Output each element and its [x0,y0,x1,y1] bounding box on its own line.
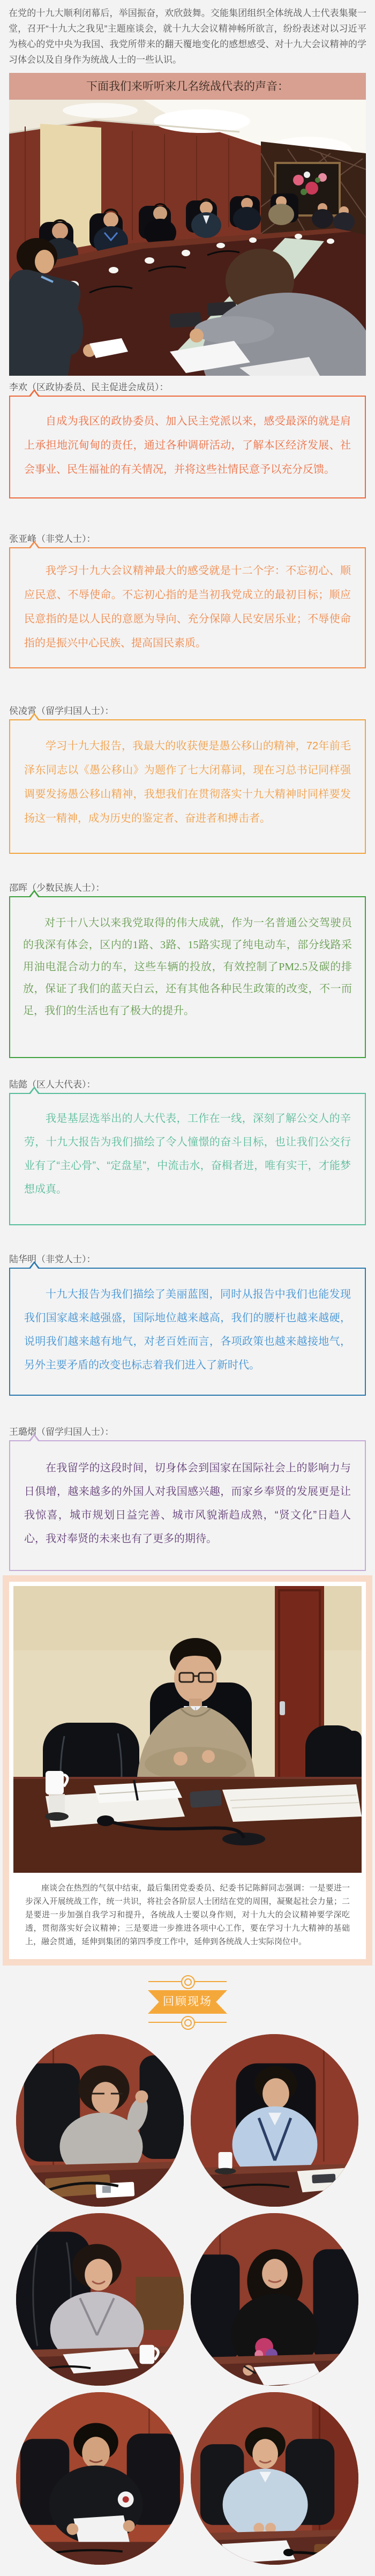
quote-box: 在我留学的这段时间，切身体会到国家在国际社会上的影响力与日俱增，越来越多的外国人… [9,1440,366,1571]
speaker-label: 侯凌霄（留学归国人士）： [9,705,366,718]
gallery-photo-4 [191,2213,358,2386]
speaker-label: 张亚峰（非党人士）： [9,533,366,546]
quote-text: 对于十八大以来我党取得的伟大成就，作为一名普通公交驾驶员的我深有体会，区内的1路… [23,912,352,1022]
intro-paragraph: 在党的十九大顺利闭幕后，举国振奋，欢欣鼓舞。交能集团组织全体统战人士代表集聚一堂… [0,0,375,68]
section-banner: 下面我们来听听来几名统战代表的声音： [9,73,366,100]
gallery-photo-6 [191,2392,358,2565]
quote-text: 我是基层选举出的人大代表，工作在一线，深刻了解公交人的辛劳，十九大报告为我们描绘… [24,1107,351,1201]
gallery-photo-1 [16,2034,184,2207]
meeting-room-photo [9,100,366,376]
quote-text: 学习十九大报告，我最大的收获便是愚公移山的精神，72年前毛泽东同志以《愚公移山》… [24,734,351,831]
gallery-photo-2 [191,2034,358,2207]
review-badge: 回顾现场 [0,1975,375,2029]
quote-box: 我学习十九大会议精神最大的感受就是十二个字：不忘初心、顺应民意、不辱使命。不忘初… [9,547,366,668]
ornament-bottom [148,2016,227,2029]
meeting-room-illustration [9,100,366,376]
speaker-section-houlingxiao: 侯凌霄（留学归国人士）： 学习十九大报告，我最大的收获便是愚公移山的精神，72年… [9,705,366,854]
speaker-label: 邵晖（少数民族人士）： [9,882,366,895]
speaker-section-shaohui: 邵晖（少数民族人士）： 对于十八大以来我党取得的伟大成就，作为一名普通公交驾驶员… [9,882,366,1058]
ribbon-banner: 回顾现场 [148,1990,227,2014]
portrait-illustration [13,1586,362,1873]
quote-text: 在我留学的这段时间，切身体会到国家在国际社会上的影响力与日俱增，越来越多的外国人… [24,1456,351,1551]
photo-gallery [0,2029,375,2576]
quote-text: 自成为我区的政协委员、加入民主党派以来，感受最深的就是肩上承担地沉甸甸的责任，通… [24,410,351,482]
speaker-section-lihuan: 李欢（区政协委员、民主促进会成员）： 自成为我区的政协委员、加入民主党派以来，感… [9,381,366,498]
closing-frame: 座谈会在热烈的气氛中结束，最后集团党委委员、纪委书记陈鲜同志强调：一是要进一步深… [3,1575,372,1965]
article-page: 在党的十九大顺利闭幕后，举国振奋，欢欣鼓舞。交能集团组织全体统战人士代表集聚一堂… [0,0,375,2576]
speaker-label: 陆华明（非党人士）： [9,1253,366,1266]
speaker-portrait-photo [13,1586,362,1873]
speaker-label: 王璐熠（留学归国人士）： [9,1426,366,1439]
quote-box: 我是基层选举出的人大代表，工作在一线，深刻了解公交人的辛劳，十九大报告为我们描绘… [9,1093,366,1225]
speaker-section-wangluyi: 王璐熠（留学归国人士）： 在我留学的这段时间，切身体会到国家在国际社会上的影响力… [9,1426,366,1571]
speaker-label: 陆懿（区人大代表）： [9,1078,366,1091]
quote-box: 十九大报告为我们描绘了美丽蓝图，同时从报告中我们也能发现我们国家越来越强盛，国际… [9,1268,366,1396]
closing-paragraph: 座谈会在热烈的气氛中结束，最后集团党委委员、纪委书记陈鲜同志强调：一是要进一步深… [25,1881,350,1948]
speaker-section-luyi: 陆懿（区人大代表）： 我是基层选举出的人大代表，工作在一线，深刻了解公交人的辛劳… [9,1078,366,1225]
quote-text: 我学习十九大会议精神最大的感受就是十二个字：不忘初心、顺应民意、不辱使命。不忘初… [24,559,351,656]
quote-box: 对于十八大以来我党取得的伟大成就，作为一名普通公交驾驶员的我深有体会，区内的1路… [9,896,366,1058]
quote-text: 十九大报告为我们描绘了美丽蓝图，同时从报告中我们也能发现我们国家越来越强盛，国际… [24,1283,351,1377]
ornament-top [148,1975,227,1988]
quote-box: 学习十九大报告，我最大的收获便是愚公移山的精神，72年前毛泽东同志以《愚公移山》… [9,719,366,854]
gallery-photo-3 [16,2213,184,2386]
speaker-section-luhuaming: 陆华明（非党人士）： 十九大报告为我们描绘了美丽蓝图，同时从报告中我们也能发现我… [9,1253,366,1396]
speaker-label: 李欢（区政协委员、民主促进会成员）： [9,381,366,394]
quote-box: 自成为我区的政协委员、加入民主党派以来，感受最深的就是肩上承担地沉甸甸的责任，通… [9,396,366,498]
speaker-section-zhangyafeng: 张亚峰（非党人士）： 我学习十九大会议精神最大的感受就是十二个字：不忘初心、顺应… [9,533,366,668]
table-and-items [13,1771,362,1873]
gallery-photo-5 [16,2392,184,2565]
